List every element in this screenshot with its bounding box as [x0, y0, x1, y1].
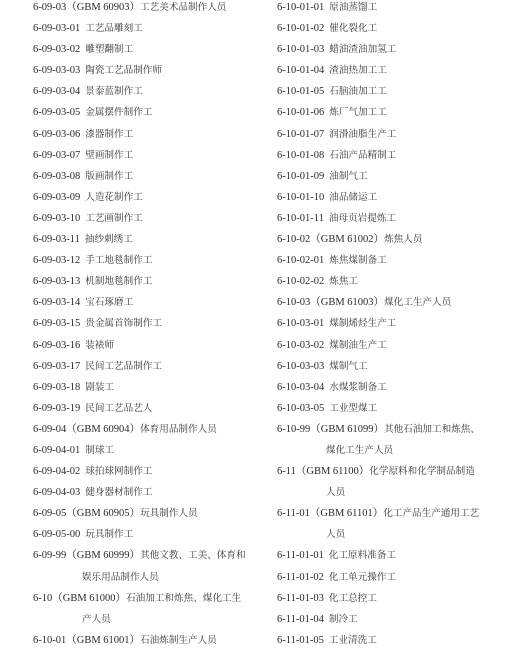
occupation-code: 6-09-03-15 [33, 318, 80, 329]
occupation-code: 6-09-03-18 [33, 382, 80, 393]
occupation-name: 煤制烯烃生产工 [329, 318, 396, 329]
occupation-name: 贵金属首饰制作工 [85, 318, 162, 329]
occupation-name: 陶瓷工艺品制作师 [85, 65, 162, 76]
occupation-code: 6-09-03 [33, 2, 66, 13]
occupation-name: 制球工 [85, 445, 114, 456]
occupation-entry: 6-09-04-01制球工 [33, 443, 258, 464]
occupation-code: 6-09-03-05 [33, 107, 80, 118]
occupation-entry: 6-10-02-02炼焦工 [277, 274, 507, 295]
occupation-name: 人员 [326, 529, 345, 540]
occupation-name: 石脑油加工工 [329, 86, 387, 97]
occupation-entry: 6-09-03-19民间工艺品艺人 [33, 401, 258, 422]
occupation-name: 抽纱刺绣工 [85, 234, 133, 245]
occupation-entry: 6-09-03-15贵金属首饰制作工 [33, 316, 258, 337]
occupation-entry: 6-09-03-16装裱师 [33, 338, 258, 359]
gbm-code: （GBM 61099） [310, 424, 384, 435]
occupation-name: 工业清洗工 [329, 635, 377, 646]
occupation-name: 球拍球网制作工 [85, 466, 152, 477]
occupation-entry-continuation: 人员 [277, 527, 507, 548]
occupation-code: 6-11-01-03 [277, 593, 324, 604]
occupation-entry: 6-10-01-05石脑油加工工 [277, 84, 507, 105]
occupation-entry: 6-10-01-02催化裂化工 [277, 21, 507, 42]
occupation-name: 煤化工生产人员 [326, 445, 393, 456]
occupation-name: 炼焦工 [329, 276, 358, 287]
occupation-code: 6-10-01-06 [277, 107, 324, 118]
occupation-name: 机制地毯制作工 [85, 276, 152, 287]
occupation-name: 油制气工 [329, 171, 367, 182]
occupation-name: 蜡油渣油加氢工 [329, 44, 396, 55]
occupation-category-entry: 6-09-05（GBM 60905）玩具制作人员 [33, 506, 258, 527]
occupation-entry: 6-10-03-05工业型煤工 [277, 401, 507, 422]
occupation-name: 玩具制作人员 [140, 508, 198, 519]
occupation-entry-continuation: 人员 [277, 485, 507, 506]
gbm-code: （GBM 60903） [66, 2, 140, 13]
occupation-name: 工艺品雕刻工 [85, 23, 143, 34]
occupation-entry: 6-09-03-12手工地毯制作工 [33, 253, 258, 274]
occupation-entry-continuation: 娱乐用品制作人员 [33, 570, 258, 591]
occupation-code: 6-11-01-01 [277, 550, 324, 561]
occupation-code: 6-09-03-16 [33, 340, 80, 351]
occupation-entry: 6-09-03-06漆器制作工 [33, 127, 258, 148]
gbm-code: （GBM 60904） [66, 424, 140, 435]
right-column: 6-10-01-01原油蒸馏工6-10-01-02催化裂化工6-10-01-03… [277, 0, 507, 654]
occupation-entry: 6-09-03-14宝石琢磨工 [33, 295, 258, 316]
occupation-entry: 6-11-01-01化工原料准备工 [277, 548, 507, 569]
occupation-code: 6-10-01-10 [277, 192, 324, 203]
occupation-entry: 6-11-01-04制冷工 [277, 612, 507, 633]
occupation-name: 娱乐用品制作人员 [82, 572, 159, 583]
occupation-code: 6-09-04-02 [33, 466, 80, 477]
left-column: 6-09-03（GBM 60903）工艺美术品制作人员6-09-03-01工艺品… [33, 0, 258, 654]
occupation-code: 6-10-02 [277, 234, 310, 245]
occupation-entry: 6-10-03-03煤制气工 [277, 359, 507, 380]
occupation-code: 6-10-03-03 [277, 361, 324, 372]
occupation-entry: 6-09-03-08版画制作工 [33, 169, 258, 190]
occupation-code: 6-09-03-14 [33, 297, 80, 308]
occupation-entry: 6-10-03-04水煤浆制备工 [277, 380, 507, 401]
occupation-entry: 6-09-03-10工艺画制作工 [33, 211, 258, 232]
occupation-name: 漆器制作工 [85, 129, 133, 140]
occupation-name: 工业型煤工 [329, 403, 377, 414]
occupation-code: 6-10-03-01 [277, 318, 324, 329]
occupation-entry: 6-09-03-09人造花制作工 [33, 190, 258, 211]
occupation-code: 6-10-01-02 [277, 23, 324, 34]
occupation-entry: 6-11-01-03化工总控工 [277, 591, 507, 612]
occupation-code: 6-11-01-05 [277, 635, 324, 646]
occupation-entry: 6-10-01-09油制气工 [277, 169, 507, 190]
occupation-code: 6-09-03-11 [33, 234, 80, 245]
occupation-entry: 6-10-01-10油品储运工 [277, 190, 507, 211]
occupation-code: 6-09-03-10 [33, 213, 80, 224]
occupation-code: 6-10-01-05 [277, 86, 324, 97]
occupation-name: 水煤浆制备工 [329, 382, 387, 393]
occupation-category-entry: 6-11-01（GBM 61101）化工产品生产通用工艺 [277, 506, 507, 527]
occupation-code: 6-09-04-01 [33, 445, 80, 456]
occupation-code: 6-09-03-06 [33, 129, 80, 140]
occupation-name: 化学原料和化学制品制造 [369, 466, 475, 477]
occupation-name: 其他文教、工美、体育和 [140, 550, 246, 561]
occupation-name: 产人员 [82, 614, 111, 625]
occupation-name: 玩具制作工 [85, 529, 133, 540]
occupation-entry: 6-09-03-04景泰蓝制作工 [33, 84, 258, 105]
occupation-entry: 6-10-03-02煤制油生产工 [277, 338, 507, 359]
occupation-code: 6-09-03-03 [33, 65, 80, 76]
occupation-code: 6-11-01-04 [277, 614, 324, 625]
occupation-code: 6-11 [277, 466, 296, 477]
occupation-code: 6-10-01-11 [277, 213, 324, 224]
occupation-entry: 6-09-03-02雕塑翻制工 [33, 42, 258, 63]
occupation-entry: 6-09-03-03陶瓷工艺品制作师 [33, 63, 258, 84]
gbm-code: （GBM 61002） [310, 234, 384, 245]
occupation-code: 6-10-01-07 [277, 129, 324, 140]
occupation-name: 石油炼制生产人员 [140, 635, 217, 646]
occupation-entry: 6-11-01-02化工单元操作工 [277, 570, 507, 591]
occupation-code: 6-09-03-01 [33, 23, 80, 34]
occupation-code: 6-10-01-04 [277, 65, 324, 76]
occupation-code: 6-10-02-02 [277, 276, 324, 287]
occupation-entry: 6-09-03-05金属摆件制作工 [33, 105, 258, 126]
occupation-entry: 6-09-03-11抽纱刺绣工 [33, 232, 258, 253]
occupation-name: 化工产品生产通用工艺 [383, 508, 479, 519]
occupation-name: 宝石琢磨工 [85, 297, 133, 308]
occupation-code: 6-10-03-05 [277, 403, 324, 414]
occupation-entry-continuation: 产人员 [33, 612, 258, 633]
occupation-entry: 6-09-03-17民间工艺品制作工 [33, 359, 258, 380]
occupation-name: 化工总控工 [329, 593, 377, 604]
occupation-code: 6-09-04 [33, 424, 66, 435]
occupation-entry: 6-09-03-01工艺品雕刻工 [33, 21, 258, 42]
occupation-entry: 6-10-02-01炼焦煤制备工 [277, 253, 507, 274]
occupation-name: 渣油热加工工 [329, 65, 387, 76]
occupation-code: 6-09-03-07 [33, 150, 80, 161]
occupation-name: 体育用品制作人员 [140, 424, 217, 435]
occupation-code: 6-09-05 [33, 508, 66, 519]
occupation-entry: 6-10-01-06炼厂气加工工 [277, 105, 507, 126]
occupation-entry: 6-10-01-07润滑油脂生产工 [277, 127, 507, 148]
occupation-name: 工艺画制作工 [85, 213, 143, 224]
occupation-code: 6-09-03-08 [33, 171, 80, 182]
occupation-code: 6-11-01 [277, 508, 310, 519]
occupation-name: 剧装工 [85, 382, 114, 393]
occupation-name: 版画制作工 [85, 171, 133, 182]
gbm-code: （GBM 61100） [296, 466, 369, 477]
occupation-category-entry: 6-10-03（GBM 61003）煤化工生产人员 [277, 295, 507, 316]
occupation-name: 化工单元操作工 [329, 572, 396, 583]
occupation-entry: 6-09-03-18剧装工 [33, 380, 258, 401]
occupation-code: 6-10-03-04 [277, 382, 324, 393]
occupation-name: 景泰蓝制作工 [85, 86, 143, 97]
occupation-entry: 6-11-01-05工业清洗工 [277, 633, 507, 654]
occupation-name: 润滑油脂生产工 [329, 129, 396, 140]
occupation-name: 油品储运工 [329, 192, 377, 203]
occupation-category-entry: 6-09-99（GBM 60999）其他文教、工美、体育和 [33, 548, 258, 569]
occupation-code: 6-09-05-00 [33, 529, 80, 540]
occupation-entry: 6-09-03-13机制地毯制作工 [33, 274, 258, 295]
occupation-entry: 6-09-05-00玩具制作工 [33, 527, 258, 548]
occupation-name: 煤制油生产工 [329, 340, 387, 351]
occupation-name: 人造花制作工 [85, 192, 143, 203]
occupation-code: 6-10-99 [277, 424, 310, 435]
occupation-entry: 6-10-01-08石油产品精制工 [277, 148, 507, 169]
occupation-code: 6-10-03 [277, 297, 310, 308]
occupation-code: 6-09-03-09 [33, 192, 80, 203]
occupation-entry: 6-09-04-03健身器材制作工 [33, 485, 258, 506]
occupation-name: 壁画制作工 [85, 150, 133, 161]
occupation-entry: 6-10-01-01原油蒸馏工 [277, 0, 507, 21]
gbm-code: （GBM 61003） [310, 297, 384, 308]
occupation-code: 6-09-03-12 [33, 255, 80, 266]
occupation-entry: 6-10-01-03蜡油渣油加氢工 [277, 42, 507, 63]
occupation-name: 装裱师 [85, 340, 114, 351]
occupation-code: 6-10 [33, 593, 52, 604]
occupation-name: 工艺美术品制作人员 [140, 2, 226, 13]
occupation-entry: 6-10-01-04渣油热加工工 [277, 63, 507, 84]
occupation-name: 炼焦人员 [384, 234, 422, 245]
occupation-name: 原油蒸馏工 [329, 2, 377, 13]
occupation-category-entry: 6-10-99（GBM 61099）其他石油加工和炼焦、 [277, 422, 507, 443]
occupation-name: 民间工艺品艺人 [85, 403, 152, 414]
occupation-name: 手工地毯制作工 [85, 255, 152, 266]
occupation-name: 石油产品精制工 [329, 150, 396, 161]
occupation-code: 6-10-01 [33, 635, 66, 646]
occupation-name: 炼焦煤制备工 [329, 255, 387, 266]
occupation-name: 石油加工和炼焦、煤化工生 [126, 593, 241, 604]
occupation-code: 6-10-01-03 [277, 44, 324, 55]
occupation-code: 6-09-04-03 [33, 487, 80, 498]
occupation-category-entry: 6-10-02（GBM 61002）炼焦人员 [277, 232, 507, 253]
occupation-entry: 6-10-01-11油母页岩提炼工 [277, 211, 507, 232]
occupation-name: 煤化工生产人员 [384, 297, 451, 308]
gbm-code: （GBM 60905） [66, 508, 140, 519]
occupation-code: 6-10-01-09 [277, 171, 324, 182]
occupation-category-entry: 6-09-03（GBM 60903）工艺美术品制作人员 [33, 0, 258, 21]
occupation-code: 6-11-01-02 [277, 572, 324, 583]
occupation-entry: 6-10-03-01煤制烯烃生产工 [277, 316, 507, 337]
occupation-code: 6-10-03-02 [277, 340, 324, 351]
occupation-code: 6-09-03-13 [33, 276, 80, 287]
occupation-name: 人员 [326, 487, 345, 498]
occupation-code: 6-09-03-02 [33, 44, 80, 55]
occupation-entry-continuation: 煤化工生产人员 [277, 443, 507, 464]
occupation-name: 煤制气工 [329, 361, 367, 372]
occupation-name: 民间工艺品制作工 [85, 361, 162, 372]
gbm-code: （GBM 61101） [310, 508, 383, 519]
occupation-name: 健身器材制作工 [85, 487, 152, 498]
occupation-name: 催化裂化工 [329, 23, 377, 34]
occupation-category-entry: 6-11（GBM 61100）化学原料和化学制品制造 [277, 464, 507, 485]
occupation-code: 6-10-01-01 [277, 2, 324, 13]
gbm-code: （GBM 61001） [66, 635, 140, 646]
occupation-code: 6-09-03-04 [33, 86, 80, 97]
occupation-name: 其他石油加工和炼焦、 [384, 424, 480, 435]
occupation-name: 炼厂气加工工 [329, 107, 387, 118]
occupation-code: 6-10-02-01 [277, 255, 324, 266]
occupation-name: 制冷工 [329, 614, 358, 625]
occupation-name: 油母页岩提炼工 [329, 213, 396, 224]
occupation-entry: 6-09-03-07壁画制作工 [33, 148, 258, 169]
gbm-code: （GBM 60999） [66, 550, 140, 561]
occupation-code: 6-09-99 [33, 550, 66, 561]
occupation-name: 化工原料准备工 [329, 550, 396, 561]
occupation-code: 6-10-01-08 [277, 150, 324, 161]
gbm-code: （GBM 61000） [52, 593, 126, 604]
occupation-code: 6-09-03-19 [33, 403, 80, 414]
occupation-entry: 6-09-04-02球拍球网制作工 [33, 464, 258, 485]
occupation-name: 金属摆件制作工 [85, 107, 152, 118]
occupation-code: 6-09-03-17 [33, 361, 80, 372]
occupation-category-entry: 6-10（GBM 61000）石油加工和炼焦、煤化工生 [33, 591, 258, 612]
occupation-name: 雕塑翻制工 [85, 44, 133, 55]
occupation-category-entry: 6-09-04（GBM 60904）体育用品制作人员 [33, 422, 258, 443]
occupation-category-entry: 6-10-01（GBM 61001）石油炼制生产人员 [33, 633, 258, 654]
